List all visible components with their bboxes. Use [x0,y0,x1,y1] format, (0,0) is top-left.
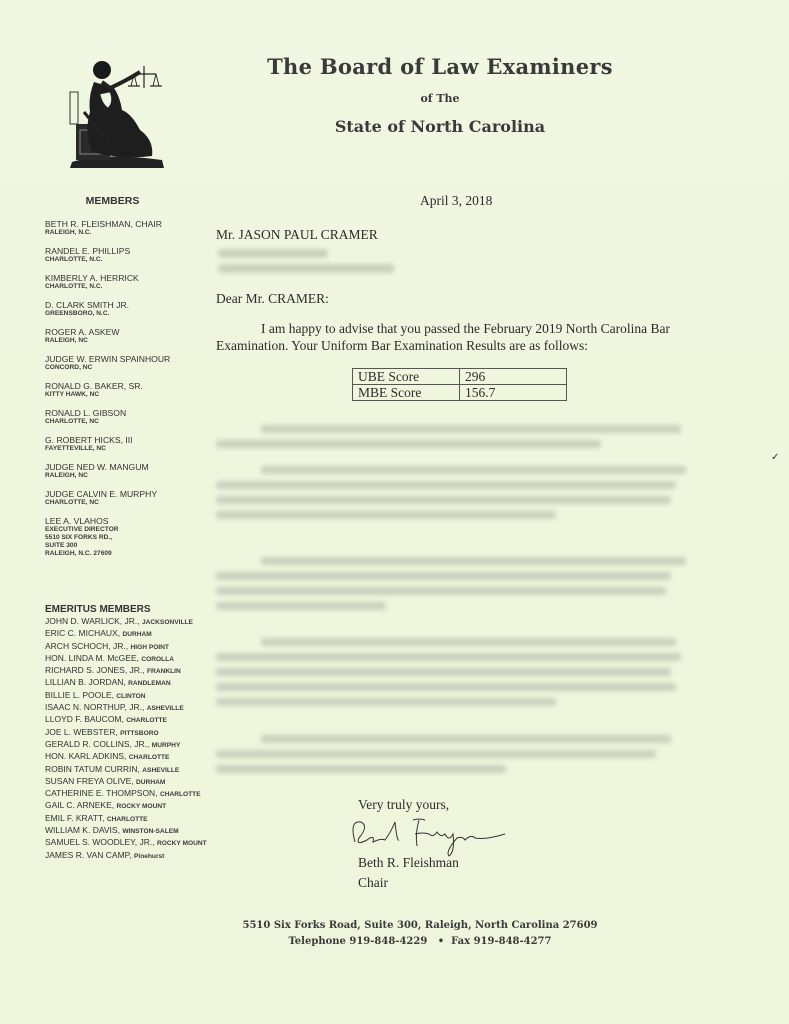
redacted-paragraph [216,557,686,617]
emeritus-city: CHARLOTTE [129,754,170,761]
emeritus-city: ASHEVILLE [147,705,184,712]
signer-title: Chair [358,873,459,893]
letterhead-of: of The [250,92,630,105]
emeritus-city: COROLLA [141,656,174,663]
footer-address: 5510 Six Forks Road, Suite 300, Raleigh,… [200,918,640,934]
salutation: Dear Mr. CRAMER: [216,291,329,307]
emeritus-name: HON. KARL ADKINS, [45,751,126,761]
redacted-address-line [218,264,394,273]
emeritus-name: GERALD R. COLLINS, JR., [45,739,149,749]
emeritus-city: ROCKY MOUNT [157,840,207,847]
emeritus-name: LILLIAN B. JORDAN, [45,677,126,687]
member-entry: JUDGE NED W. MANGUMRALEIGH, NC [45,462,245,480]
emeritus-member: GAIL C. ARNEKE, ROCKY MOUNT [45,800,255,812]
checkmark-icon: ✓ [771,452,779,463]
emeritus-member: WILLIAM K. DAVIS, WINSTON-SALEM [45,825,255,837]
emeritus-city: RANDLEMAN [128,680,171,687]
emeritus-member: LLOYD F. BAUCOM, CHARLOTTE [45,714,255,726]
member-entry: RANDEL E. PHILLIPSCHARLOTTE, N.C. [45,246,245,264]
member-entry: G. ROBERT HICKS, IIIFAYETTEVILLE, NC [45,435,245,453]
emeritus-city: CLINTON [116,693,145,700]
table-row: UBE Score 296 [353,369,567,385]
signer-name: Beth R. Fleishman [358,853,459,873]
emeritus-member: SAMUEL S. WOODLEY, JR., ROCKY MOUNT [45,837,255,849]
table-row: MBE Score 156.7 [353,385,567,401]
executive-director-entry: LEE A. VLAHOS EXECUTIVE DIRECTOR 5510 SI… [45,516,245,558]
emeritus-city: HIGH POINT [131,644,169,651]
redacted-paragraph [216,425,686,455]
signature-icon [345,812,515,858]
emeritus-city: CHARLOTTE [107,816,148,823]
emeritus-city: CHARLOTTE [160,791,201,798]
emeritus-name: ERIC C. MICHAUX, [45,628,120,638]
emeritus-name: ARCH SCHOCH, JR., [45,641,128,651]
emeritus-name: EMIL F. KRATT, [45,813,105,823]
telephone-number: 919-848-4229 [349,936,427,947]
member-entry: D. CLARK SMITH JR.GREENSBORO, N.C. [45,300,245,318]
emeritus-name: WILLIAM K. DAVIS, [45,825,120,835]
redacted-paragraph [216,735,686,780]
emeritus-name: RICHARD S. JONES, JR., [45,665,145,675]
emeritus-name: ISAAC N. NORTHUP, JR., [45,702,144,712]
emeritus-name: JOE L. WEBSTER, [45,727,118,737]
emeritus-name: JAMES R. VAN CAMP, [45,850,132,860]
emeritus-name: HON. LINDA M. McGEE, [45,653,139,663]
emeritus-city: PITTSBORO [120,730,158,737]
bullet-separator: • [438,936,444,947]
letter-date: April 3, 2018 [420,193,492,209]
emeritus-name: SUSAN FREYA OLIVE, [45,776,134,786]
emeritus-city: Pinehurst [134,853,164,860]
emeritus-city: DURHAM [136,779,165,786]
letterhead-footer: 5510 Six Forks Road, Suite 300, Raleigh,… [200,918,640,950]
emeritus-city: MURPHY [152,742,181,749]
redacted-address-line [218,249,328,258]
emeritus-member: JAMES R. VAN CAMP, Pinehurst [45,850,255,862]
emeritus-member: JOHN D. WARLICK, JR., JACKSONVILLE [45,616,255,628]
members-sidebar: MEMBERS BETH R. FLEISHMAN, CHAIRRALEIGH,… [45,195,245,567]
emeritus-city: FRANKLIN [147,668,181,675]
member-entry: JUDGE CALVIN E. MURPHYCHARLOTTE, NC [45,489,245,507]
emeritus-city: WINSTON-SALEM [122,828,178,835]
score-table: UBE Score 296 MBE Score 156.7 [352,368,567,401]
emeritus-member: CATHERINE E. THOMPSON, CHARLOTTE [45,788,255,800]
fax-number: 919-848-4277 [474,936,552,947]
telephone-label: Telephone [289,936,346,947]
member-entry: JUDGE W. ERWIN SPAINHOURCONCORD, NC [45,354,245,372]
member-entry: BETH R. FLEISHMAN, CHAIRRALEIGH, N.C. [45,219,245,237]
emeritus-name: ROBIN TATUM CURRIN, [45,764,140,774]
fax-label: Fax [451,936,470,947]
emeritus-name: JOHN D. WARLICK, JR., [45,616,140,626]
emeritus-name: SAMUEL S. WOODLEY, JR., [45,837,155,847]
members-heading: MEMBERS [45,195,180,207]
lady-justice-seal-icon [62,52,172,172]
result-paragraph: I am happy to advise that you passed the… [216,320,691,354]
emeritus-name: CATHERINE E. THOMPSON, [45,788,158,798]
letterhead-title: The Board of Law Examiners [250,54,630,79]
emeritus-city: DURHAM [122,631,151,638]
member-entry: ROGER A. ASKEWRALEIGH, NC [45,327,245,345]
footer-contact: Telephone 919-848-4229 • Fax 919-848-427… [200,934,640,950]
emeritus-city: ASHEVILLE [142,767,179,774]
emeritus-member: EMIL F. KRATT, CHARLOTTE [45,813,255,825]
closing: Very truly yours, [358,797,449,813]
redacted-paragraph [216,638,686,713]
redacted-paragraph [216,466,686,526]
addressee-name: Mr. JASON PAUL CRAMER [216,227,378,243]
emeritus-city: JACKSONVILLE [142,619,193,626]
emeritus-name: GAIL C. ARNEKE, [45,800,114,810]
signer-block: Beth R. Fleishman Chair [358,853,459,893]
member-entry: KIMBERLY A. HERRICKCHARLOTTE, N.C. [45,273,245,291]
emeritus-name: BILLIE L. POOLE, [45,690,114,700]
emeritus-name: LLOYD F. BAUCOM, [45,714,124,724]
letter-page: The Board of Law Examiners of The State … [0,0,789,1024]
member-entry: RONALD L. GIBSONCHARLOTTE, NC [45,408,245,426]
letterhead-state: State of North Carolina [250,117,630,136]
emeritus-city: ROCKY MOUNT [117,803,167,810]
member-entry: RONALD G. BAKER, SR.KITTY HAWK, NC [45,381,245,399]
emeritus-city: CHARLOTTE [126,717,167,724]
